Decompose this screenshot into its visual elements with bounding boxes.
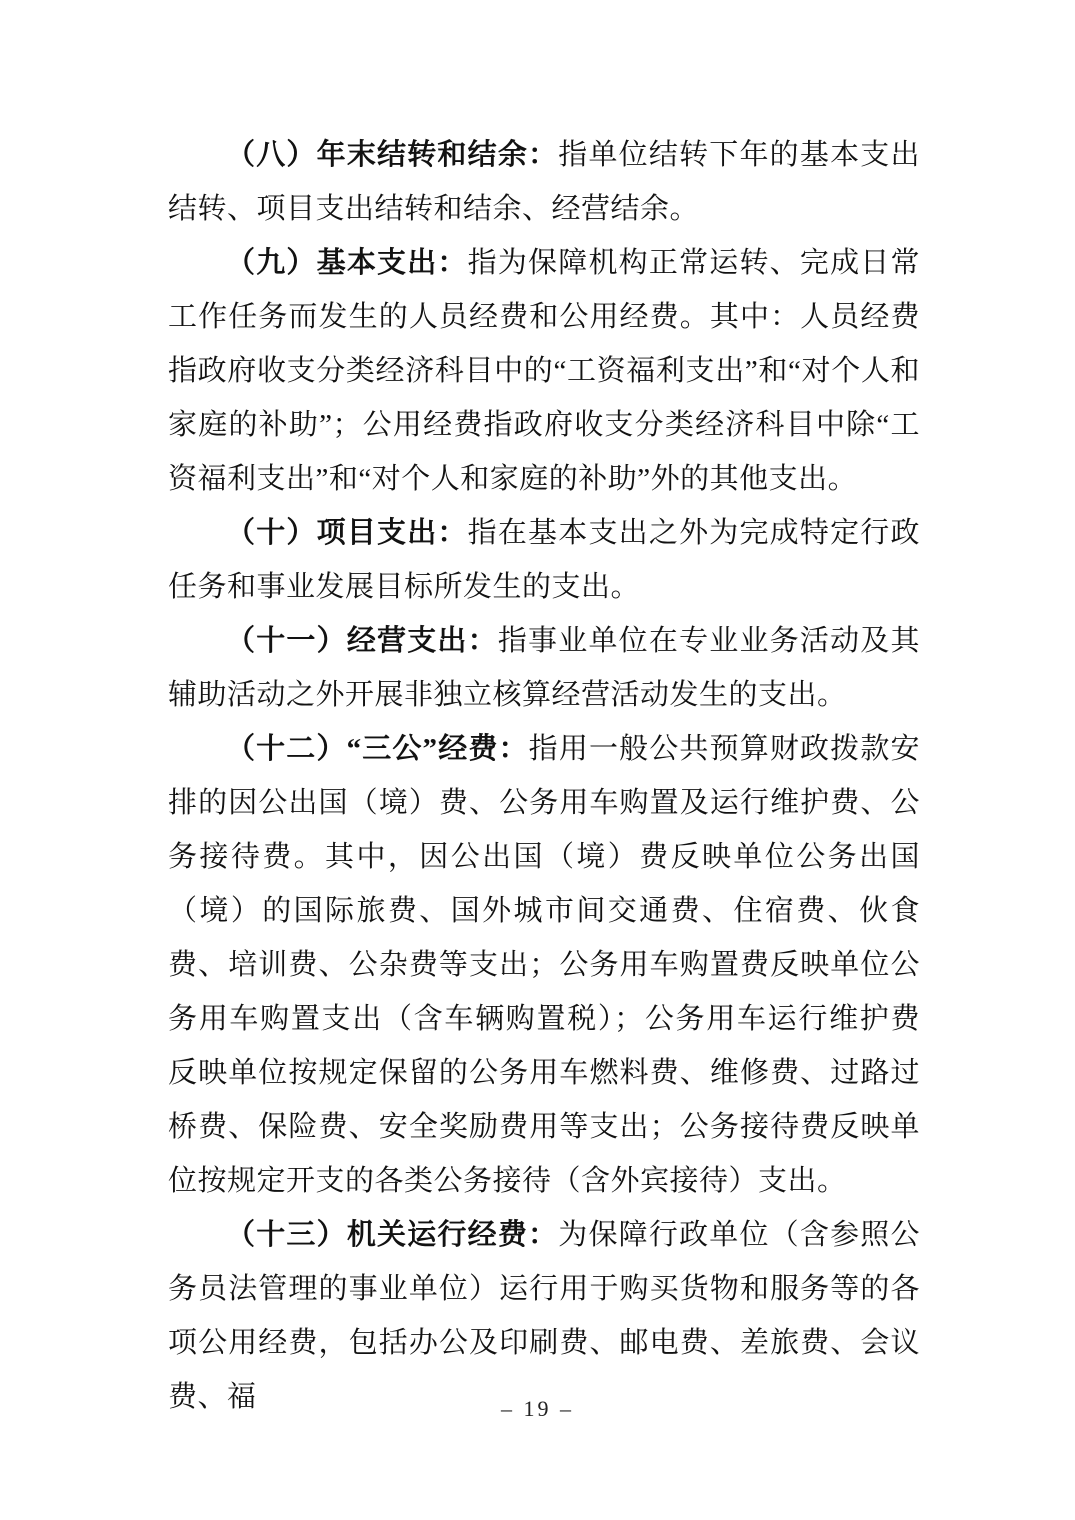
page-footer: – 19 – [0,1396,1075,1422]
page-number: – 19 – [501,1396,574,1421]
document-body: （八）年末结转和结余：指单位结转下年的基本支出结转、项目支出结转和结余、经营结余… [168,128,920,1424]
paragraph-text: 指为保障机构正常运转、完成日常工作任务而发生的人员经费和公用经费。其中：人员经费… [168,247,920,495]
paragraph-item-10: （十）项目支出：指在基本支出之外为完成特定行政任务和事业发展目标所发生的支出。 [168,506,920,614]
paragraph-lead: （十三）机关运行经费： [226,1219,558,1251]
document-page: （八）年末结转和结余：指单位结转下年的基本支出结转、项目支出结转和结余、经营结余… [0,0,1075,1520]
paragraph-item-11: （十一）经营支出：指事业单位在专业业务活动及其辅助活动之外开展非独立核算经营活动… [168,614,920,722]
paragraph-lead: （十）项目支出： [226,517,468,549]
paragraph-lead: （十二）“三公”经费： [226,733,529,765]
paragraph-lead: （十一）经营支出： [226,625,498,657]
paragraph-text: 指用一般公共预算财政拨款安排的因公出国（境）费、公务用车购置及运行维护费、公务接… [168,733,920,1197]
paragraph-item-9: （九）基本支出：指为保障机构正常运转、完成日常工作任务而发生的人员经费和公用经费… [168,236,920,506]
paragraph-lead: （八）年末结转和结余： [226,139,558,171]
paragraph-item-13: （十三）机关运行经费：为保障行政单位（含参照公务员法管理的事业单位）运行用于购买… [168,1208,920,1424]
paragraph-item-12: （十二）“三公”经费：指用一般公共预算财政拨款安排的因公出国（境）费、公务用车购… [168,722,920,1208]
paragraph-lead: （九）基本支出： [226,247,468,279]
paragraph-item-8: （八）年末结转和结余：指单位结转下年的基本支出结转、项目支出结转和结余、经营结余… [168,128,920,236]
